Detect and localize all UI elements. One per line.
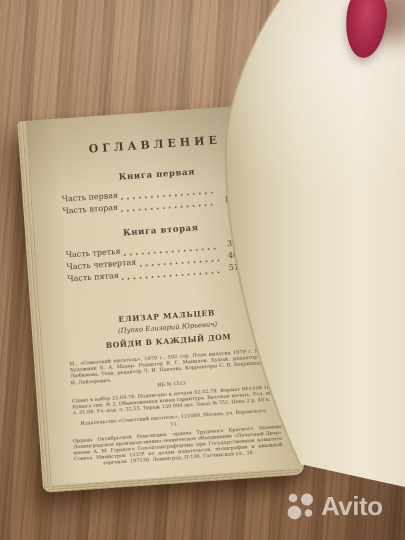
book-one-rows: Часть первая 7 Часть вторая 141: [62, 182, 240, 216]
toc-row-label: Часть вторая: [62, 203, 121, 217]
avito-wordmark: Avito: [321, 493, 383, 519]
toc-row-page: 141: [216, 194, 240, 206]
toc-row-page: 7: [215, 182, 239, 194]
toc-leader-dots: [122, 267, 222, 281]
toc-row-label: Часть пятая: [67, 271, 122, 285]
contents-page: ОГЛАВЛЕНИЕ Книга первая Часть первая 7 Ч…: [26, 103, 304, 485]
author-block: ЕЛИЗАР МАЛЬЦЕВ (Пупко Елизарий Юрьевич) …: [40, 303, 295, 355]
book-two-rows: Часть третья 303 Часть четвертая 405 Час…: [65, 238, 244, 284]
open-book: ОГЛАВЛЕНИЕ Книга первая Часть первая 7 Ч…: [17, 103, 304, 492]
toc-row-page: 303: [219, 238, 243, 250]
contents-page-content: ОГЛАВЛЕНИЕ Книга первая Часть первая 7 Ч…: [26, 103, 304, 485]
toc-leader-dots: [121, 199, 217, 213]
toc-row-page: 405: [220, 250, 244, 262]
avito-logo-icon: [286, 491, 316, 521]
book-two-title: Книга вторая: [34, 217, 287, 245]
toc-heading: ОГЛАВЛЕНИЕ: [28, 129, 281, 160]
book-product-photo: ОГЛАВЛЕНИЕ Книга первая Часть первая 7 Ч…: [0, 0, 405, 540]
avito-watermark: Avito: [286, 491, 383, 521]
book-one-title: Книга первая: [30, 161, 283, 189]
toc-row-page: 515: [221, 262, 245, 274]
